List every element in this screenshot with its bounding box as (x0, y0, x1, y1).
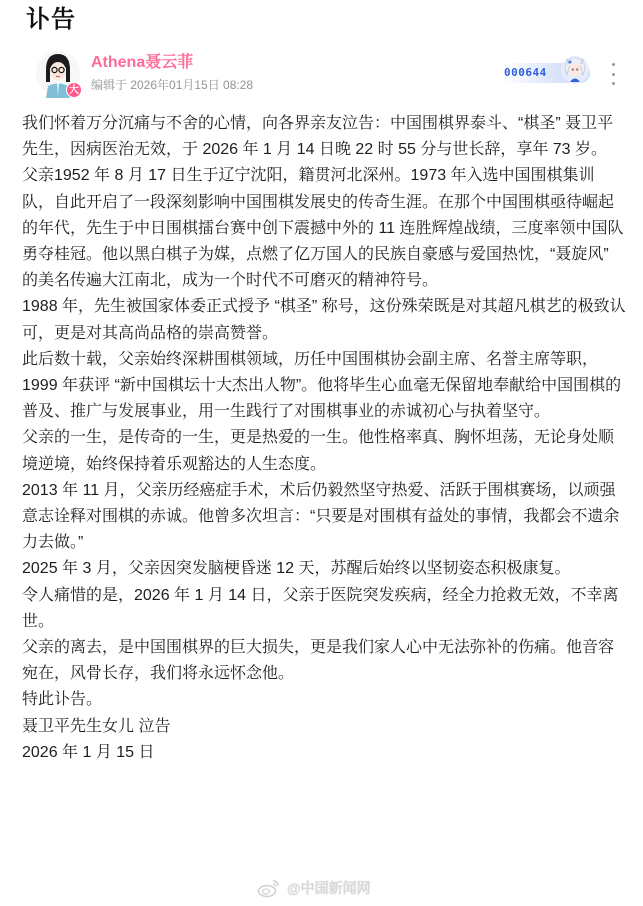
signature: 聂卫平先生女儿 泣告 (22, 714, 626, 740)
watermark-text: @中国新闻网 (287, 878, 371, 898)
more-options-button[interactable] (608, 63, 618, 85)
more-vertical-icon (612, 63, 615, 66)
paragraph-recovery: 2025 年 3 月，父亲因突发脑梗昏迷 12 天，苏醒后始终以坚韧姿态积极康复… (22, 556, 626, 582)
post-title: 讣告 (26, 3, 76, 37)
fan-badge-number: 000644 (504, 64, 547, 82)
verified-badge: 大 (66, 82, 82, 98)
paragraph-career: 此后数十载，父亲始终深耕围棋领域，历任中国围棋协会副主席、名誉主席等职，1999… (22, 347, 626, 426)
paragraph-illness: 2013 年 11 月，父亲历经癌症手术，术后仍毅然坚守热爱、活跃于围棋赛场，以… (22, 478, 626, 557)
paragraph-character: 父亲的一生，是传奇的一生，更是热爱的一生。他性格率真、胸怀坦荡，无论身处顺境逆境… (22, 425, 626, 477)
post-body: 我们怀着万分沉痛与不舍的心情，向各界亲友泣告：中国围棋界泰斗、“棋圣” 聂卫平先… (22, 111, 626, 766)
weibo-post: 讣告 大 Athena聂云菲 编辑于 2026年01月15日 08:28 000… (0, 0, 643, 906)
anime-character-icon (560, 55, 590, 85)
author-name[interactable]: Athena聂云菲 (91, 53, 193, 73)
paragraph-title-honor: 1988 年，先生被国家体委正式授予 “棋圣” 称号，这份殊荣既是对其超凡棋艺的… (22, 294, 626, 346)
paragraph-passing: 令人痛惜的是，2026 年 1 月 14 日，父亲于医院突发疾病，经全力抢救无效… (22, 583, 626, 635)
more-vertical-icon-dot (612, 73, 615, 76)
paragraph-closing: 特此讣告。 (22, 687, 626, 713)
source-watermark: @中国新闻网 (257, 877, 371, 899)
more-vertical-icon-dot (612, 82, 615, 85)
weibo-icon (257, 878, 281, 898)
fan-badge[interactable]: 000644 (502, 63, 590, 83)
paragraph-tribute: 父亲的离去，是中国围棋界的巨大损失，更是我们家人心中无法弥补的伤痛。他音容宛在，… (22, 635, 626, 687)
edit-timestamp: 编辑于 2026年01月15日 08:28 (91, 77, 253, 93)
avatar[interactable]: 大 (36, 48, 80, 98)
paragraph-announcement: 我们怀着万分沉痛与不舍的心情，向各界亲友泣告：中国围棋界泰斗、“棋圣” 聂卫平先… (22, 111, 626, 163)
paragraph-biography: 父亲1952 年 8 月 17 日生于辽宁沈阳，籍贯河北深州。1973 年入选中… (22, 163, 626, 294)
signature-date: 2026 年 1 月 15 日 (22, 740, 626, 766)
